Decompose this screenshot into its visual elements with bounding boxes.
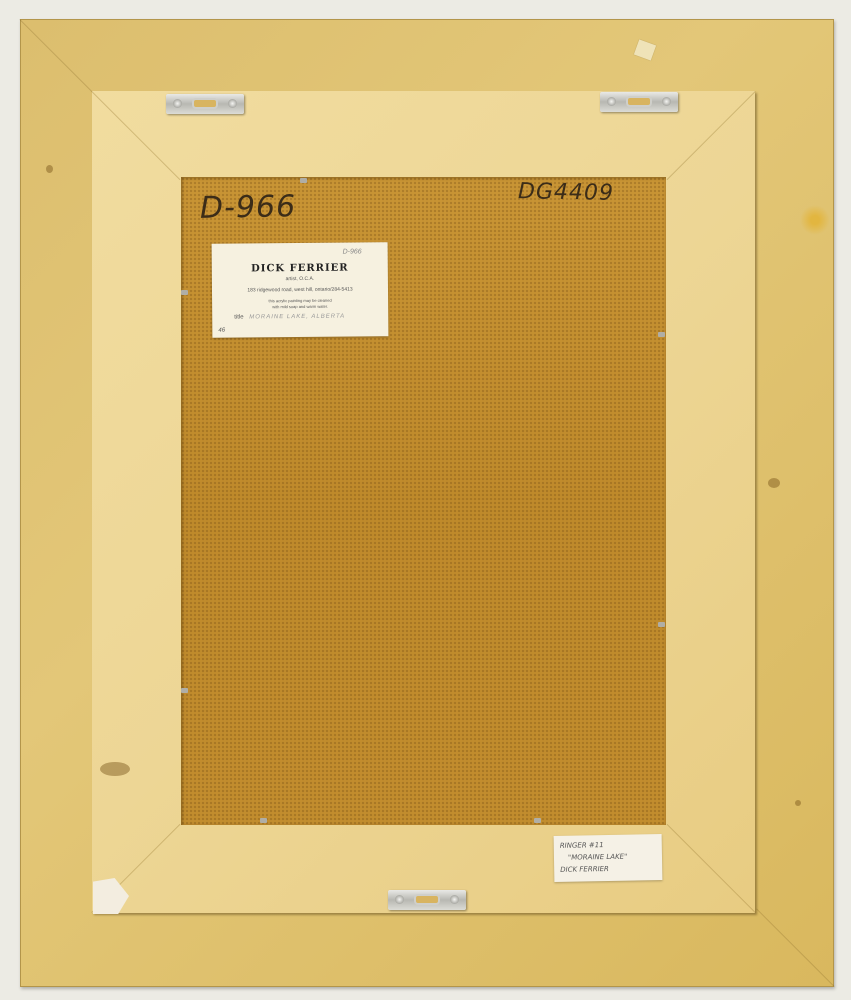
painting-title-line: title MORAINE LAKE, ALBERTA xyxy=(212,313,388,321)
gilt-spot xyxy=(800,205,830,235)
sticker-line: DICK FERRIER xyxy=(560,862,656,876)
artist-address: 183 ridgewood road, west hill, ontario/2… xyxy=(212,286,388,294)
painting-title: MORAINE LAKE, ALBERTA xyxy=(249,314,345,321)
handwritten-sticker: RINGER #11 "MORAINE LAKE" DICK FERRIER xyxy=(554,834,663,882)
inventory-number-left: D-966 xyxy=(200,189,297,226)
artist-credential: artist, O.C.A. xyxy=(212,275,388,283)
retaining-tab xyxy=(300,178,307,183)
retaining-tab xyxy=(658,622,665,627)
sawtooth-hanger-icon xyxy=(166,94,244,114)
wood-mark xyxy=(795,800,801,806)
retaining-tab xyxy=(181,688,188,693)
title-prefix: title xyxy=(234,314,243,320)
sawtooth-hanger-icon xyxy=(600,92,678,112)
artist-label: D-966 DICK FERRIER artist, O.C.A. 183 ri… xyxy=(212,242,389,338)
artist-name: DICK FERRIER xyxy=(212,262,388,275)
label-corner-note: D-966 xyxy=(343,248,362,255)
retaining-tab xyxy=(260,818,267,823)
retaining-tab xyxy=(658,332,665,337)
wood-mark xyxy=(768,478,780,488)
inventory-number-right: DG4409 xyxy=(518,179,614,206)
care-note: this acrylic painting may be cleaned wit… xyxy=(212,297,388,311)
wood-mark xyxy=(46,165,53,173)
wood-mark xyxy=(100,762,130,776)
handwritten-number: 46 xyxy=(218,328,225,334)
care-note-line: with mild soap and warm water. xyxy=(212,303,388,311)
sawtooth-hanger-icon xyxy=(388,890,466,910)
retaining-tab xyxy=(534,818,541,823)
retaining-tab xyxy=(181,290,188,295)
